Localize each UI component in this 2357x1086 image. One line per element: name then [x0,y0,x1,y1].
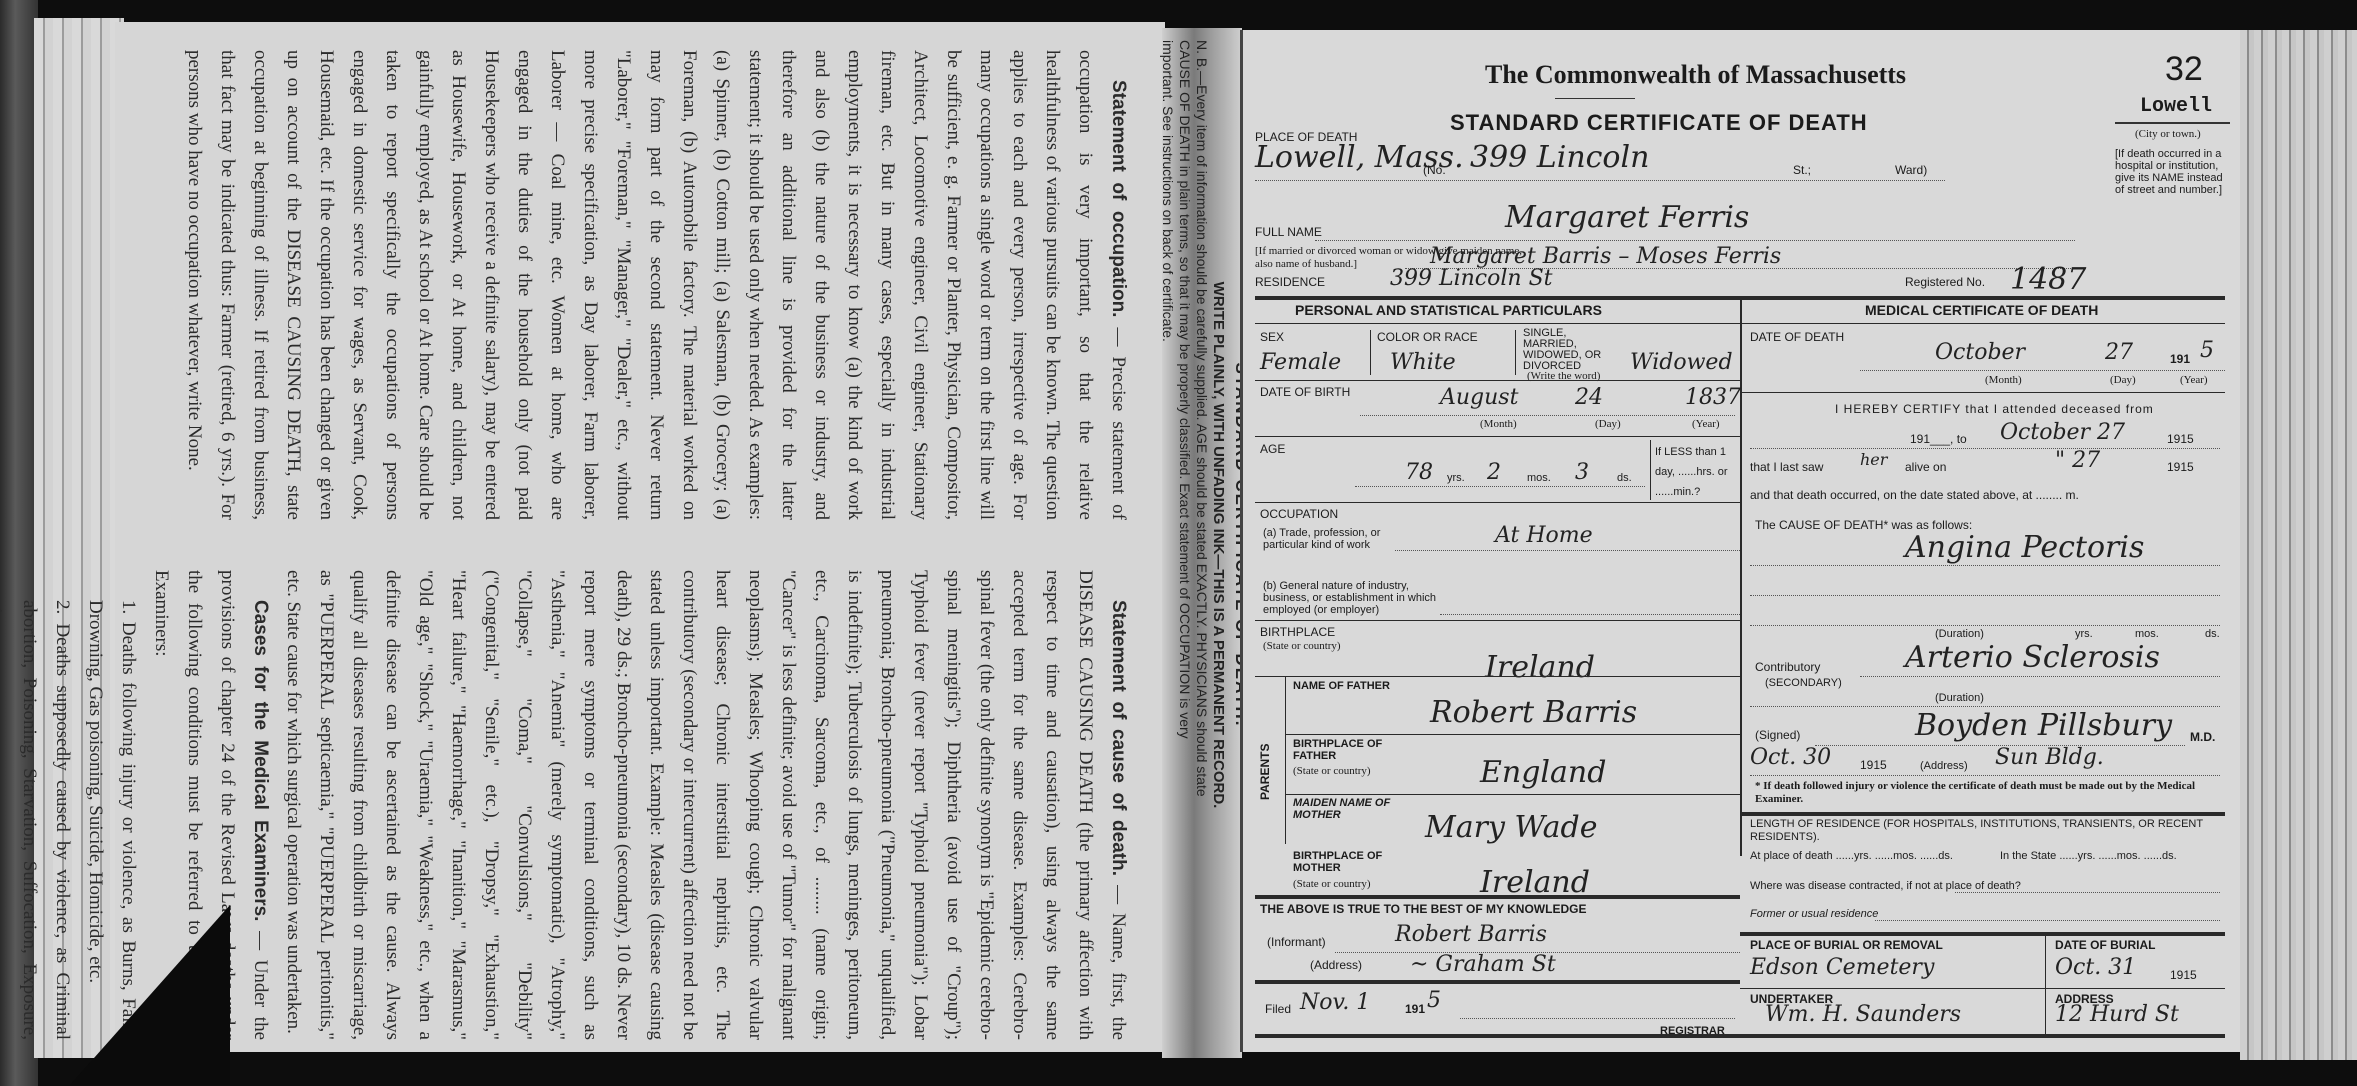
age-label: AGE [1260,442,1285,456]
burial-date-label: DATE OF BURIAL [2055,938,2155,952]
occupation-b-label: (b) General nature of industry, business… [1263,580,1443,616]
filed-year-suffix[interactable]: 5 [1427,988,1441,1013]
race-label: COLOR OR RACE [1377,330,1478,344]
last-saw-pronoun[interactable]: her [1860,450,1887,469]
no-label: (No. [1423,163,1446,177]
dob-month[interactable]: August [1440,385,1518,410]
occupation-label: OCCUPATION [1260,507,1338,521]
right-page-stack [2240,30,2357,1060]
medical-heading: MEDICAL CERTIFICATE OF DEATH [1865,302,2098,318]
mother-name-label: MAIDEN NAME OF MOTHER [1293,797,1413,821]
burial-label: PLACE OF BURIAL OR REMOVAL [1750,938,1943,952]
informant-label: (Informant) [1267,935,1326,949]
contrib-duration-label: (Duration) [1935,692,1984,704]
full-name-label: FULL NAME [1255,225,1322,239]
medical-examiner-note: * If death followed injury or violence t… [1755,780,2220,806]
birthplace-label: BIRTHPLACE [1260,625,1335,639]
signed-value[interactable]: Boyden Pillsbury [1915,708,2172,743]
spine-note-2: CAUSE OF DEATH in plain terms, so that i… [1176,40,1193,1050]
dob-year-label: (Year) [1692,418,1720,430]
birthplace-sub: (State or country) [1263,640,1341,652]
age-less-label: If LESS than 1 day, ......hrs. or ......… [1655,442,1740,502]
hospital-note: [If death occurred in a hospital or inst… [2115,148,2230,196]
page-corner-shadow [70,905,230,1085]
burial-value[interactable]: Edson Cemetery [1750,955,1934,980]
former-residence-label: Former or usual residence [1750,908,1878,920]
certify-line-1: I HEREBY CERTIFY that I attended decease… [1835,402,2154,416]
parents-label: PARENTS [1258,744,1272,800]
city-name: Lowell [2140,95,2212,118]
attended-to-value[interactable]: October 27 [2000,420,2125,445]
dob-day-label: (Day) [1595,418,1621,430]
spine-note-1: N. B.—Every item of information should b… [1193,40,1210,1050]
st-label: St.; [1793,163,1811,177]
cause-ds-label: ds. [2205,628,2220,640]
dob-year[interactable]: 1837 [1685,385,1741,410]
alive-on-label: alive on [1905,460,1946,474]
spine-warning: WRITE PLAINLY, WITH UNFADING INK—THIS IS… [1210,40,1227,1050]
personal-heading: PERSONAL AND STATISTICAL PARTICULARS [1295,302,1602,318]
signed-label: (Signed) [1755,728,1800,742]
dod-month[interactable]: October [1935,340,2025,365]
cause-duration-label: (Duration) [1935,628,1984,640]
age-months[interactable]: 2 [1487,460,1501,485]
age-mos-label: mos. [1527,472,1551,484]
alive-on-value[interactable]: " 27 [2055,448,2100,473]
state-title: The Commonwealth of Massachusetts [1485,60,1906,90]
race-value[interactable]: White [1390,350,1456,375]
knowledge-label: THE ABOVE IS TRUE TO THE BEST OF MY KNOW… [1260,902,1586,916]
at-place-of-death: At place of death ......yrs. ......mos. … [1750,850,1953,862]
informant-value[interactable]: Robert Barris [1395,922,1547,947]
father-birthplace-sub: (State or country) [1293,765,1371,777]
undertaker-value[interactable]: Wm. H. Saunders [1765,1002,1961,1027]
marital-value[interactable]: Widowed [1630,350,1733,375]
residence-value[interactable]: 399 Lincoln St [1390,266,1552,291]
dob-month-label: (Month) [1480,418,1517,430]
registered-label: Registered No. [1905,275,1985,289]
sex-label: SEX [1260,330,1284,344]
dod-label: DATE OF DEATH [1750,330,1844,344]
spine-note-3: important. See instructions on back of c… [1159,40,1176,1050]
dod-year-suffix[interactable]: 5 [2200,338,2214,363]
birthplace-value[interactable]: Ireland [1485,650,1595,685]
examiner-case-2: 2. Deaths supposedly caused by violence,… [0,570,79,1040]
dob-day[interactable]: 24 [1575,385,1603,410]
dob-label: DATE OF BIRTH [1260,385,1350,399]
dod-year-label: (Year) [2180,374,2208,386]
examiners-heading: Cases for the Medical Examiners. [250,600,271,921]
street-value[interactable]: 399 Lincoln [1470,140,1649,175]
dod-year-prefix: 191 [2170,352,2190,366]
cause-yrs-label: yrs. [2075,628,2093,640]
contributory-label: Contributory [1755,660,1820,674]
occupation-a-value[interactable]: At Home [1495,523,1593,548]
burial-year[interactable]: 1915 [2170,968,2197,982]
burial-date-value[interactable]: Oct. 31 [2055,955,2136,980]
age-days[interactable]: 3 [1575,460,1589,485]
father-birthplace-value[interactable]: England [1480,755,1606,790]
signed-address-label: (Address) [1920,760,1968,772]
occupation-a-label: (a) Trade, profession, or particular kin… [1263,527,1403,551]
contributory-value[interactable]: Arterio Sclerosis [1905,640,2160,675]
occupation-text: — Precise statement of occupation is ver… [184,50,1129,520]
last-saw-label: that I last saw [1750,460,1823,474]
attended-to-year[interactable]: 1915 [2167,432,2194,446]
dod-month-label: (Month) [1985,374,2022,386]
signed-address-value[interactable]: Sun Bldg. [1995,745,2104,770]
age-ds-label: ds. [1617,472,1632,484]
cause-mos-label: mos. [2135,628,2159,640]
undertaker-address-value[interactable]: 12 Hurd St [2055,1002,2179,1027]
contributory-sub: (SECONDARY) [1765,677,1842,689]
form-title: STANDARD CERTIFICATE OF DEATH [1450,110,1868,136]
cause-text: — Name, first, the DISEASE CAUSING DEATH… [283,570,1129,1040]
instructions-column-1: Statement of occupation. — Precise state… [178,50,1135,520]
filed-date[interactable]: Nov. 1 [1300,990,1370,1015]
full-name-value[interactable]: Margaret Ferris [1505,200,1749,235]
filed-year-prefix: 191 [1405,1002,1425,1016]
address-label: (Address) [1310,958,1362,972]
age-yrs-label: yrs. [1447,472,1465,484]
disease-contracted-label: Where was disease contracted, if not at … [1750,880,2021,892]
signed-suffix: M.D. [2190,730,2215,744]
sex-value[interactable]: Female [1260,350,1341,375]
filed-label: Filed [1265,1002,1291,1016]
residence-label: RESIDENCE [1255,275,1325,289]
age-years[interactable]: 78 [1405,460,1433,485]
father-name-value[interactable]: Robert Barris [1430,695,1637,730]
instructions-panel: Statement of occupation. — Precise state… [150,50,1135,1040]
dod-day[interactable]: 27 [2105,340,2133,365]
signed-date[interactable]: Oct. 30 [1750,745,1831,770]
city-label: (City or town.) [2135,128,2201,140]
alive-on-year[interactable]: 1915 [2167,460,2194,474]
marital-label: SINGLE, MARRIED, WIDOWED, OR DIVORCED [1523,328,1623,372]
father-name-label: NAME OF FATHER [1293,680,1393,692]
registered-value[interactable]: 1487 [2010,262,2086,297]
certify-line-4: and that death occurred, on the date sta… [1750,488,2079,502]
residence-length-label: LENGTH OF RESIDENCE (FOR HOSPITALS, INST… [1750,818,2220,844]
occupation-heading: Statement of occupation. [1108,80,1129,317]
signed-year[interactable]: 1915 [1860,758,1887,772]
death-certificate: The Commonwealth of Massachusetts STANDA… [1255,40,2225,1040]
mother-name-value[interactable]: Mary Wade [1425,810,1598,845]
ward-label: Ward) [1895,163,1927,177]
informant-address-value[interactable]: ~ Graham St [1410,952,1556,977]
in-the-state: In the State ......yrs. ......mos. .....… [2000,850,2177,862]
mother-birthplace-label: BIRTHPLACE OF MOTHER [1293,850,1413,874]
dod-day-label: (Day) [2110,374,2136,386]
cause-heading: Statement of cause of death. [1108,600,1129,876]
cause-value[interactable]: Angina Pectoris [1905,530,2144,565]
mother-birthplace-sub: (State or country) [1293,878,1371,890]
spine-notice: STANDARD CERTIFICATE OF DEATH. WRITE PLA… [1160,40,1250,1050]
page-number: 32 [2165,50,2203,89]
attended-to-label: 191___, to [1910,432,1967,446]
father-birthplace-label: BIRTHPLACE OF FATHER [1293,738,1413,762]
